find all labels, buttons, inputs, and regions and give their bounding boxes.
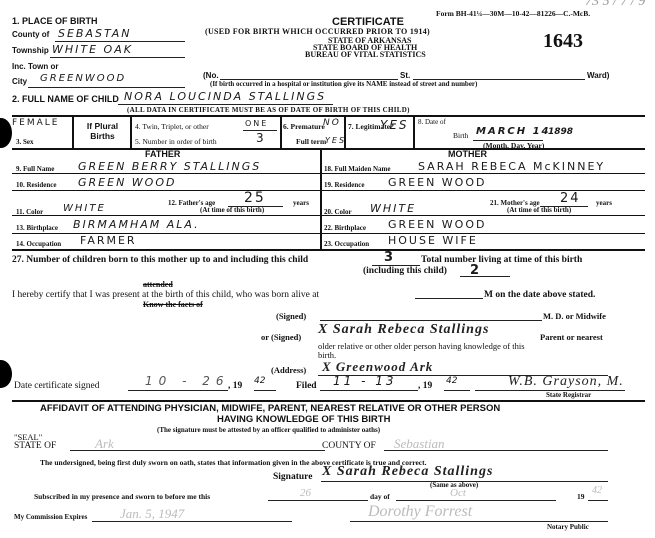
father-name-label: 9. Full Name <box>16 165 54 173</box>
notary-signature: Dorothy Forrest <box>368 503 472 521</box>
twin-label: 4. Twin, Triplet, or other <box>135 122 209 131</box>
filed-label: Filed <box>296 381 317 391</box>
st-label: St. <box>400 71 410 80</box>
fullterm-value: YES <box>325 136 346 145</box>
mother-age-note: (At time of this birth) <box>507 206 571 214</box>
certify-text: I hereby certify that I was present at t… <box>12 290 319 300</box>
children-count-label: 27. Number of children born to this moth… <box>12 255 308 265</box>
address-value: X Greenwood Ark <box>322 359 433 375</box>
commission-label: My Commission Expires <box>14 513 87 521</box>
township-value: WHITE OAK <box>52 43 133 56</box>
affidavit-title-1: AFFIDAVIT OF ATTENDING PHYSICIAN, MIDWIF… <box>40 403 500 414</box>
father-birthplace-label: 13. Birthplace <box>16 224 58 232</box>
commission-value: Jan. 5, 1947 <box>120 506 184 522</box>
filed-date: 11 - 13 <box>333 374 397 388</box>
city-label: City <box>12 77 27 86</box>
state-of-value: Ark <box>95 436 114 452</box>
subscribed-year: 42 <box>592 485 602 496</box>
order-value: 3 <box>256 131 266 145</box>
registrar-label: State Registrar <box>546 391 591 399</box>
including-child-label: (including this child) <box>363 266 447 276</box>
filed-year-prefix: , 19 <box>418 381 432 391</box>
notary-label: Notary Public <box>547 523 589 531</box>
mother-occupation-value: HOUSE WIFE <box>388 234 478 247</box>
father-occupation-label: 14. Occupation <box>16 240 61 248</box>
punch-hole-top <box>0 118 12 148</box>
sex-label: 3. Sex <box>16 138 34 146</box>
dob-value: MARCH 14 <box>476 126 551 137</box>
dob-label-2: Birth <box>453 131 468 140</box>
sub-year-prefix: 19 <box>577 492 585 501</box>
subscribed-month: Oct <box>450 487 466 499</box>
state-of-label: STATE OF <box>14 441 56 451</box>
county-of-value: Sebastian <box>394 436 445 452</box>
mother-residence-value: GREEN WOOD <box>388 176 486 189</box>
father-years-label: years <box>293 199 309 207</box>
township-label: Township <box>12 46 49 55</box>
day-of-label: day of <box>370 492 390 501</box>
mother-name-value: SARAH REBECA McKINNEY <box>418 160 605 173</box>
relative-note: older relative or other older person hav… <box>318 341 525 351</box>
certificate-number: 1643 <box>543 30 583 53</box>
dob-year: 1898 <box>548 127 573 137</box>
parent-signature: X Sarah Rebeca Stallings <box>318 322 489 338</box>
father-residence-value: GREEN WOOD <box>78 176 176 189</box>
affidavit-title-2: HAVING KNOWLEDGE OF THIS BIRTH <box>217 414 390 425</box>
date-signed-label: Date certificate signed <box>14 381 99 391</box>
certificate-subtitle: (USED FOR BIRTH WHICH OCCURRED PRIOR TO … <box>205 27 430 36</box>
plural-births-label: If Plural Births <box>80 121 125 141</box>
year-prefix: , 19 <box>228 381 242 391</box>
punch-hole-bottom <box>0 360 12 388</box>
mother-birthplace-label: 22. Birthplace <box>324 224 366 232</box>
father-birthplace-value: BIRMAMHAM ALA. <box>73 218 200 231</box>
father-color-value: WHITE <box>63 203 106 214</box>
data-note: (ALL DATA IN CERTIFICATE MUST BE AS OF D… <box>127 106 410 114</box>
mother-age-value: 24 <box>560 191 581 206</box>
subscribed-label: Subscribed in my presence and sworn to b… <box>34 492 210 501</box>
twin-value: ONE <box>245 119 268 128</box>
county-label: County of <box>12 30 49 39</box>
subscribed-day: 26 <box>300 487 311 499</box>
children-living-label: Total number living at time of this birt… <box>421 255 582 265</box>
city-value: GREENWOOD <box>40 73 126 84</box>
father-name-value: GREEN BERRY STALLINGS <box>78 160 261 173</box>
fullterm-label: Full term <box>296 137 326 146</box>
mother-birthplace-value: GREEN WOOD <box>388 218 486 231</box>
mother-occupation-label: 23. Occupation <box>324 240 369 248</box>
child-name-label: 2. FULL NAME OF CHILD <box>12 94 119 104</box>
address-label: (Address) <box>271 365 306 375</box>
bureau-name: BUREAU OF VITAL STATISTICS <box>305 50 426 59</box>
affidavit-signature: X Sarah Rebeca Stallings <box>322 464 493 480</box>
filed-year: 42 <box>446 376 457 386</box>
m-label: M on the date above stated. <box>484 290 595 300</box>
know-facts-struck: Know the facts of <box>143 300 203 309</box>
stamp-number: 73 5 / 7 / 9 <box>585 0 645 10</box>
father-residence-label: 10. Residence <box>16 181 56 189</box>
registrar-signature: W.B. Grayson, M. <box>508 374 624 390</box>
mother-heading: MOTHER <box>448 149 487 159</box>
sex-value: FEMALE <box>12 118 60 128</box>
mother-residence-label: 19. Residence <box>324 181 364 189</box>
attended-struck: attended <box>143 280 173 289</box>
inc-town-label: Inc. Town or <box>12 62 59 71</box>
dob-label-1: 8. Date of <box>418 118 446 126</box>
father-age-note: (At time of this birth) <box>200 206 264 214</box>
attest-note: (The signature must be attested by an of… <box>157 426 380 434</box>
signed-label: (Signed) <box>276 311 306 321</box>
mother-color-value: WHITE <box>370 202 416 215</box>
child-name-value: NORA LOUCINDA STALLINGS <box>124 90 326 103</box>
order-label: 5. Number in order of birth <box>135 137 217 146</box>
parent-label: Parent or nearest <box>540 332 603 342</box>
county-value: SEBASTAN <box>58 27 131 40</box>
affidavit-signature-label: Signature <box>273 472 312 482</box>
children-living-value: 2 <box>470 263 481 278</box>
mother-years-label: years <box>596 199 612 207</box>
father-occupation-value: FARMER <box>80 234 137 247</box>
ward-label: Ward) <box>587 71 609 80</box>
date-signed-value: 10 - 26 <box>145 374 230 388</box>
or-signed-label: or (Signed) <box>261 332 301 342</box>
legitimate-value: YES <box>380 118 409 132</box>
premature-label: 6. Premature <box>283 122 325 131</box>
no-label: (No. <box>203 71 219 80</box>
md-label: M. D. or Midwife <box>543 311 606 321</box>
children-count-value: 3 <box>384 250 395 265</box>
form-id: Form BH-41¼—30M—10-42—81226—C.-McB. <box>436 9 590 18</box>
father-heading: FATHER <box>145 149 180 159</box>
father-age-value: 25 <box>244 190 266 206</box>
premature-value: NO <box>323 118 341 128</box>
county-of-label: COUNTY OF <box>322 441 376 451</box>
place-of-birth-heading: 1. PLACE OF BIRTH <box>12 16 98 26</box>
mother-name-label: 18. Full Maiden Name <box>324 165 391 173</box>
hospital-note: (If birth occurred in a hospital or inst… <box>210 80 477 88</box>
year-signed: 42 <box>254 376 265 386</box>
